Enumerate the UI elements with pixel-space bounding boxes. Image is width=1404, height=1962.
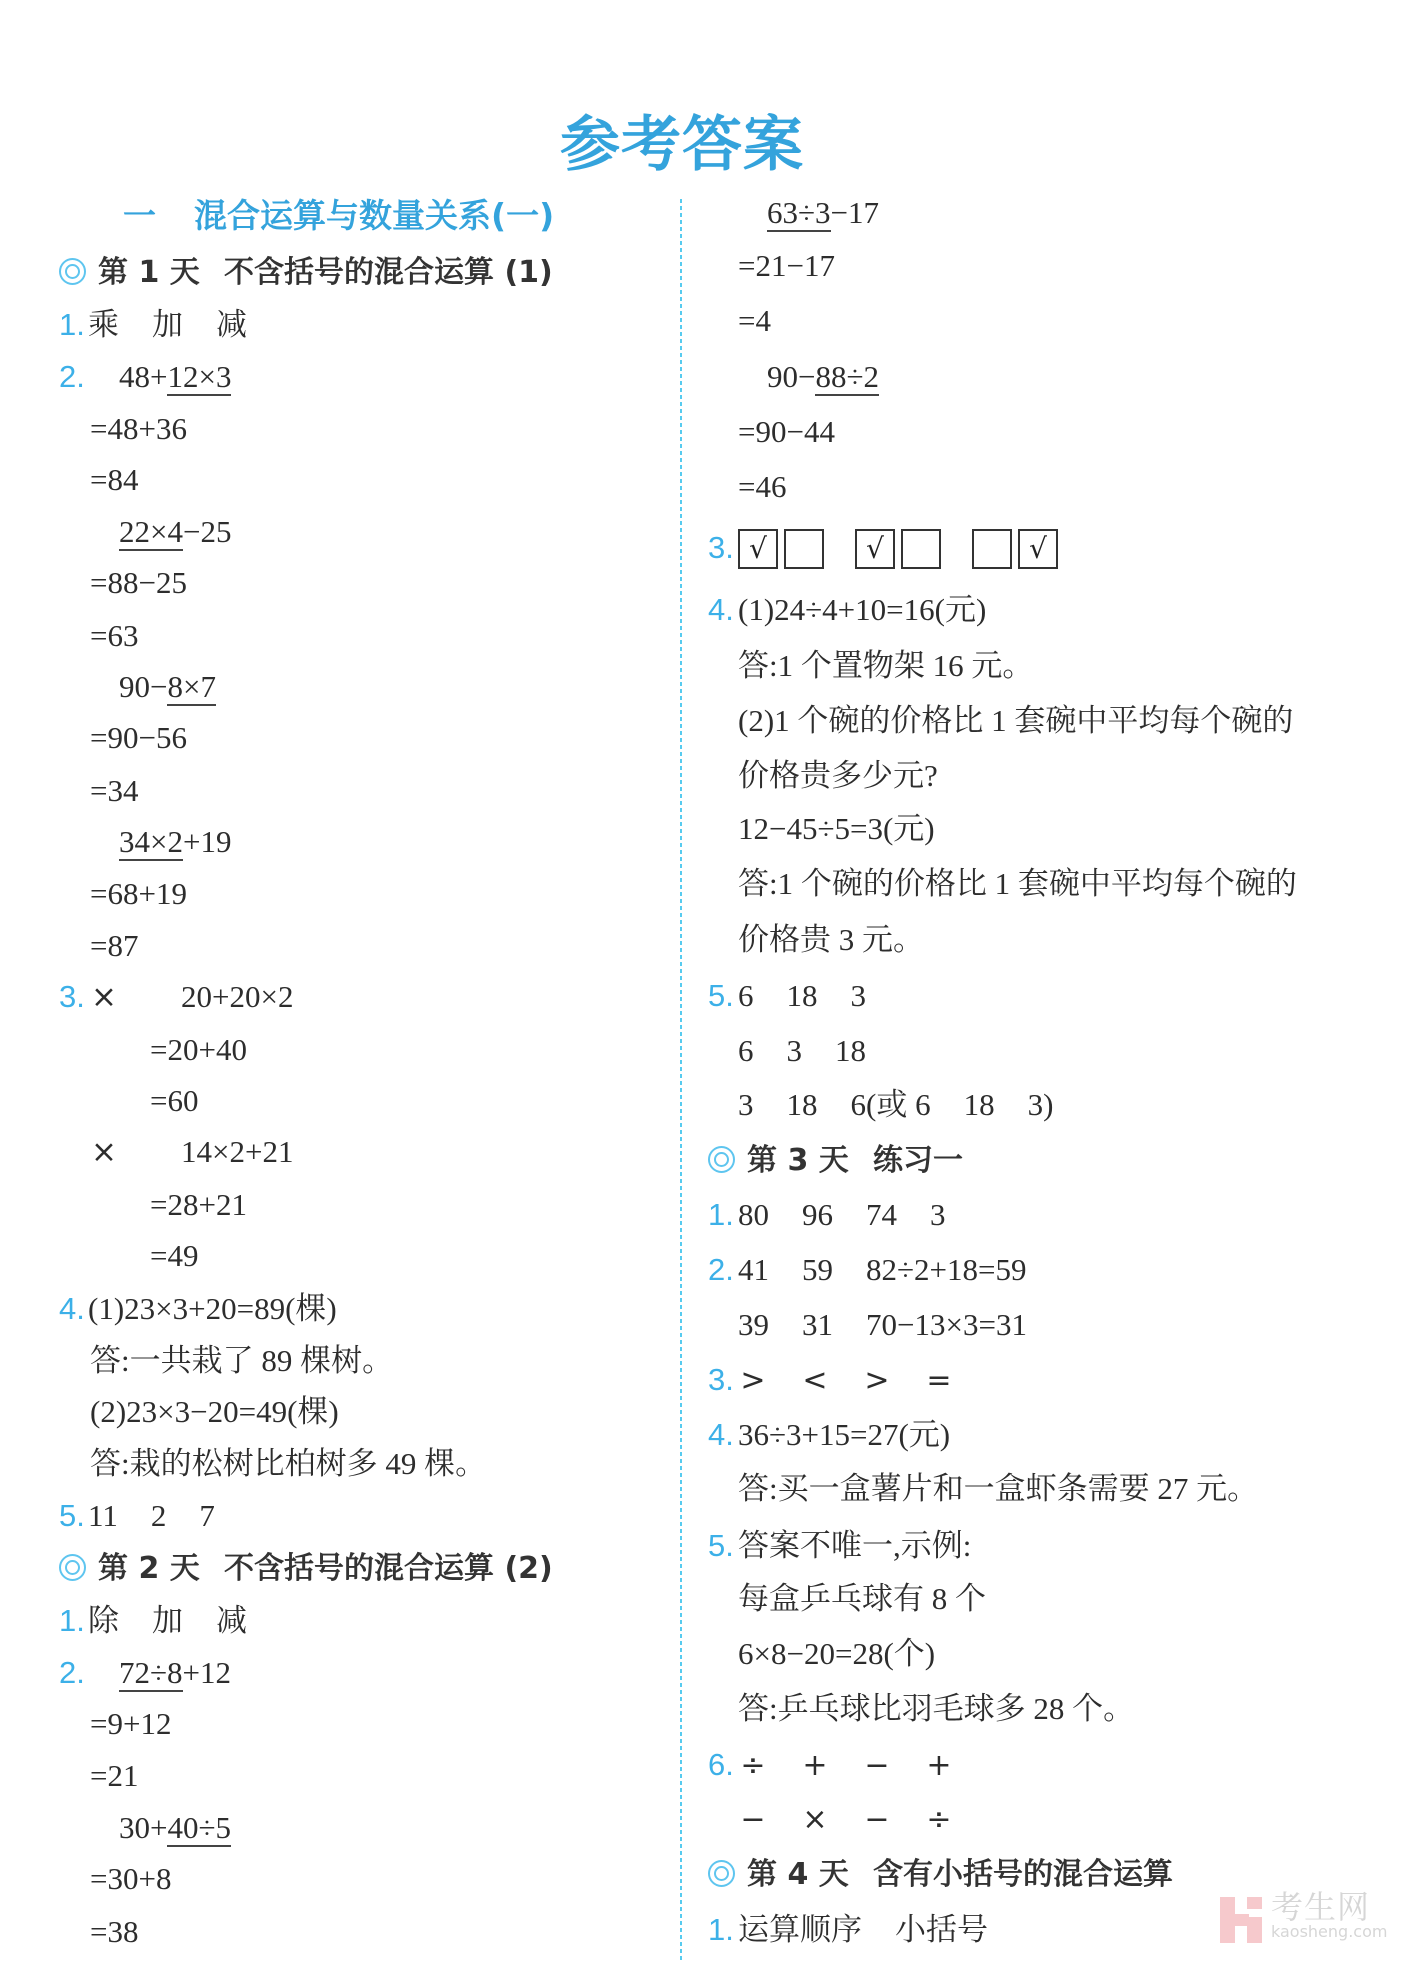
answer-line: 答:乒乓球比羽毛球多 28 个。: [738, 1689, 1134, 1729]
calc-step: =4: [738, 301, 771, 341]
question-number: 4.: [708, 1415, 738, 1455]
operator-symbol: −: [862, 1746, 892, 1786]
d1-q4: 4.(1)23×3+20=89(棵): [59, 1289, 337, 1329]
calc-step: =30+8: [90, 1859, 171, 1899]
answer-token: 18: [964, 1085, 995, 1125]
answer-token: 除: [88, 1601, 119, 1641]
calc-step: =28+21: [150, 1185, 247, 1225]
answer-line: (2)1 个碗的价格比 1 套碗中平均每个碗的: [738, 701, 1293, 741]
day-label: 第 4 天: [747, 1854, 843, 1896]
d3-q2-row-1: 2.415982÷2+18=59: [708, 1250, 1059, 1290]
expr-underlined: 22×4: [119, 514, 183, 551]
answer-token: 3: [930, 1195, 946, 1235]
d1-q2-calc-2: 22×4−25: [119, 512, 231, 552]
d3-q6-row-2: −×−÷: [738, 1799, 986, 1839]
double-circle-icon: [59, 258, 86, 285]
calc-step: =87: [90, 926, 138, 966]
answer-token: 18: [787, 976, 818, 1016]
calc-step: =46: [738, 467, 786, 507]
logo-part: [1247, 1917, 1262, 1943]
box-group: √: [855, 528, 941, 569]
d1-q2-calc-4: 34×2+19: [119, 822, 231, 862]
calc-step: =68+19: [90, 874, 187, 914]
corrected-expression: 14×2+21: [181, 1134, 293, 1169]
d3-q1: 1.8096743: [708, 1195, 979, 1235]
answer-token: 3): [1028, 1085, 1054, 1125]
answer-token: 18: [787, 1085, 818, 1125]
answer-box: [901, 529, 941, 569]
expr-post: +12: [183, 1655, 231, 1690]
operator-symbol: ÷: [738, 1746, 768, 1786]
day-label: 第 2 天: [98, 1548, 194, 1590]
d2-q2-calc-2: 30+40÷5: [119, 1808, 231, 1848]
answer-token: 18: [835, 1031, 866, 1071]
question-number: 4.: [708, 590, 738, 630]
answer-token: 2: [151, 1496, 167, 1536]
answer-token: 减: [216, 305, 247, 345]
answer-line: (2)23×3−20=49(棵): [90, 1392, 339, 1432]
question-number: 2.: [708, 1250, 738, 1290]
answer-line: 价格贵 3 元。: [738, 920, 924, 960]
question-number: 1.: [708, 1195, 738, 1235]
expr-underlined: 63÷3: [767, 195, 831, 232]
answer-box: √: [738, 529, 778, 569]
answer-token: 减: [216, 1601, 247, 1641]
calc-step: =21: [90, 1756, 138, 1796]
d2-q2-calc-4: 90−88÷2: [767, 357, 879, 397]
comparison-symbol: =: [924, 1361, 954, 1401]
operator-symbol: −: [862, 1800, 892, 1840]
question-number: 3.: [708, 528, 738, 568]
d3-q4: 4.36÷3+15=27(元): [708, 1415, 950, 1455]
answer-line: (1)23×3+20=89(棵): [88, 1291, 337, 1326]
calc-step: =90−56: [90, 718, 187, 758]
d2-q1: 1.除加减: [59, 1601, 280, 1641]
column-divider: [680, 199, 682, 1962]
answer-token: 6(或 6: [851, 1085, 931, 1125]
d1-q3-item-1: 3.×20+20×2: [59, 977, 293, 1017]
answer-token: 3: [851, 976, 867, 1016]
d1-q1: 1.乘加减: [59, 305, 280, 345]
answer-box: √: [1018, 529, 1058, 569]
d1-q2-calc-3: 90−8×7: [119, 667, 216, 707]
question-number: 3.: [59, 977, 88, 1017]
comparison-symbol: <: [800, 1361, 830, 1401]
wrong-mark: ×: [88, 1132, 181, 1172]
answer-box: [972, 529, 1012, 569]
expr-post: −17: [831, 195, 879, 230]
d2-q2-calc-1: 2.72÷8+12: [59, 1653, 231, 1693]
question-number: 2.: [59, 357, 88, 397]
calc-step: =84: [90, 460, 138, 500]
kaosheng-logo-icon: [1220, 1897, 1262, 1943]
day-2-header: 第 2 天不含括号的混合运算 (2): [59, 1548, 553, 1590]
d2-q4: 4.(1)24÷4+10=16(元): [708, 590, 986, 630]
expr-post: −25: [183, 514, 231, 549]
logo-part: [1247, 1897, 1262, 1909]
expr-underlined: 88÷2: [815, 359, 879, 396]
d2-q5-row-3: 3186(或 6183): [738, 1085, 1086, 1125]
answer-line: 价格贵多少元?: [738, 756, 938, 796]
question-number: 1.: [59, 1601, 88, 1641]
d1-q3-item-2: ×14×2+21: [88, 1132, 293, 1172]
calc-step: =20+40: [150, 1030, 247, 1070]
expr-pre: 48+: [119, 359, 167, 394]
question-number: 1.: [59, 305, 88, 345]
question-number: 5.: [708, 976, 738, 1016]
answer-token: 加: [152, 305, 183, 345]
answer-token: 运算顺序: [738, 1910, 862, 1950]
unit-header: 一混合运算与数量关系(一): [123, 194, 554, 238]
box-group: √: [972, 528, 1058, 569]
calc-step: =90−44: [738, 412, 835, 452]
d2-q3: 3.√√√: [708, 528, 1089, 568]
expr-pre: 90−: [767, 359, 815, 394]
unit-index: 一: [123, 194, 194, 238]
calc-step: =60: [150, 1081, 198, 1121]
calc-step: =88−25: [90, 563, 187, 603]
calc-step: =49: [150, 1236, 198, 1276]
answer-token: 6: [738, 976, 754, 1016]
corrected-expression: 20+20×2: [181, 979, 293, 1014]
answer-line: (1)24÷4+10=16(元): [738, 592, 986, 627]
day-title: 含有小括号的混合运算: [873, 1857, 1173, 1892]
question-number: 3.: [708, 1360, 738, 1400]
answer-line: 答:1 个碗的价格比 1 套碗中平均每个碗的: [738, 864, 1297, 904]
watermark-brand: 考生网: [1271, 1890, 1370, 1924]
answer-token: 74: [866, 1195, 897, 1235]
day-title: 练习一: [873, 1143, 963, 1178]
wrong-mark: ×: [88, 977, 181, 1017]
answer-token: 31: [802, 1305, 833, 1345]
question-number: 4.: [59, 1289, 88, 1329]
day-title: 不含括号的混合运算 (1): [224, 255, 553, 290]
answer-token: 11: [88, 1496, 118, 1536]
answer-line: 答:买一盒薯片和一盒虾条需要 27 元。: [738, 1469, 1258, 1509]
double-circle-icon: [708, 1146, 735, 1173]
answer-token: 41: [738, 1250, 769, 1290]
d1-q2-calc-1: 2.48+12×3: [59, 357, 231, 397]
box-group: √: [738, 528, 824, 569]
answer-token: 3: [738, 1085, 754, 1125]
expr-underlined: 8×7: [167, 669, 215, 706]
operator-symbol: −: [738, 1800, 768, 1840]
answer-box: [784, 529, 824, 569]
expr-underlined: 12×3: [167, 359, 231, 396]
question-number: 2.: [59, 1653, 88, 1693]
page-title: 参考答案: [482, 110, 882, 180]
double-circle-icon: [708, 1860, 735, 1887]
d4-q1: 1.运算顺序小括号: [708, 1910, 1021, 1950]
question-number: 5.: [59, 1496, 88, 1536]
day-1-header: 第 1 天不含括号的混合运算 (1): [59, 252, 553, 294]
d3-q3: 3.><>=: [708, 1360, 986, 1400]
answer-line: 答案不唯一,示例:: [738, 1528, 971, 1563]
comparison-symbol: >: [862, 1361, 892, 1401]
answer-line: 12−45÷5=3(元): [738, 809, 935, 849]
answer-token: 7: [199, 1496, 215, 1536]
operator-symbol: +: [800, 1746, 830, 1786]
double-circle-icon: [59, 1554, 86, 1581]
calc-step: =9+12: [90, 1704, 171, 1744]
answer-line: 答:一共栽了 89 棵树。: [90, 1341, 393, 1381]
answer-token: 70−13×3=31: [866, 1305, 1027, 1345]
day-title: 不含括号的混合运算 (2): [224, 1551, 553, 1586]
answer-token: 39: [738, 1305, 769, 1345]
logo-part: [1220, 1897, 1235, 1943]
answer-token: 小括号: [895, 1910, 988, 1950]
d2-q5-row-1: 5.6183: [708, 976, 899, 1016]
answer-line: 答:1 个置物架 16 元。: [738, 646, 1033, 686]
d3-q2-row-2: 393170−13×3=31: [738, 1305, 1060, 1345]
expr-underlined: 72÷8: [119, 1655, 183, 1692]
answer-line: 每盒乒乓球有 8 个: [738, 1579, 986, 1619]
answer-line: 6×8−20=28(个): [738, 1634, 935, 1674]
d2-q5-row-2: 6318: [738, 1031, 899, 1071]
d2-q2-calc-3: 63÷3−17: [767, 193, 879, 233]
operator-symbol: +: [924, 1746, 954, 1786]
question-number: 5.: [708, 1526, 738, 1566]
expr-post: +19: [183, 824, 231, 859]
calc-step: =34: [90, 771, 138, 811]
day-3-header: 第 3 天练习一: [708, 1140, 963, 1182]
answer-token: 59: [802, 1250, 833, 1290]
answer-line: 答:栽的松树比柏树多 49 棵。: [90, 1444, 486, 1484]
answer-token: 加: [152, 1601, 183, 1641]
answer-token: 82÷2+18=59: [866, 1250, 1026, 1290]
d3-q6-row-1: 6.÷+−+: [708, 1745, 986, 1785]
answer-token: 96: [802, 1195, 833, 1235]
calc-step: =38: [90, 1912, 138, 1952]
operator-symbol: ÷: [924, 1800, 954, 1840]
answer-token: 乘: [88, 305, 119, 345]
question-number: 1.: [708, 1910, 738, 1950]
expr-pre: 90−: [119, 669, 167, 704]
d1-q5: 5.1127: [59, 1496, 248, 1536]
answer-token: 6: [738, 1031, 754, 1071]
operator-symbol: ×: [800, 1800, 830, 1840]
day-4-header: 第 4 天含有小括号的混合运算: [708, 1854, 1173, 1896]
calc-step: =63: [90, 616, 138, 656]
watermark-domain: kaosheng.com: [1271, 1922, 1387, 1942]
answer-token: 80: [738, 1195, 769, 1235]
day-label: 第 1 天: [98, 252, 194, 294]
answer-token: 3: [787, 1031, 803, 1071]
unit-title: 混合运算与数量关系(一): [194, 196, 554, 235]
question-number: 6.: [708, 1745, 738, 1785]
expr-pre: 30+: [119, 1810, 167, 1845]
expr-underlined: 40÷5: [167, 1810, 231, 1847]
d3-q5: 5.答案不唯一,示例:: [708, 1526, 971, 1566]
answer-line: 36÷3+15=27(元): [738, 1417, 950, 1452]
comparison-symbol: >: [738, 1361, 768, 1401]
expr-underlined: 34×2: [119, 824, 183, 861]
answer-box: √: [855, 529, 895, 569]
day-label: 第 3 天: [747, 1140, 843, 1182]
calc-step: =48+36: [90, 409, 187, 449]
calc-step: =21−17: [738, 246, 835, 286]
